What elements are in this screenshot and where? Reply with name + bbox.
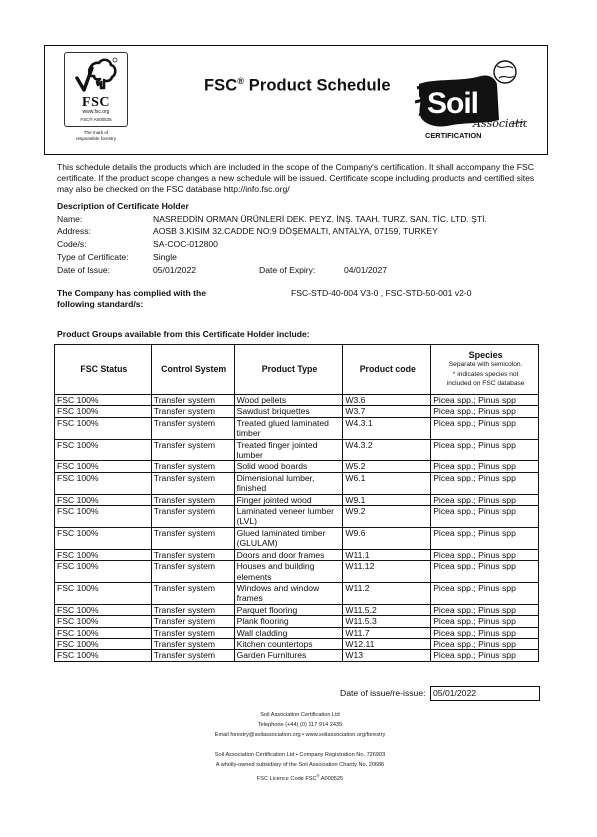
cell-fsc-status: FSC 100% <box>55 494 152 505</box>
cell-product-type: Treated glued laminated timber <box>234 417 343 439</box>
licence-code-value: A000525 <box>320 776 344 782</box>
cell-product-code: W11.5.3 <box>343 616 431 627</box>
cell-species: Picea spp.; Pinus spp <box>431 616 539 627</box>
table-row: FSC 100%Transfer systemTreated finger jo… <box>55 439 539 461</box>
table-row: FSC 100%Transfer systemLaminated veneer … <box>55 506 539 528</box>
title-fsc: FSC <box>204 77 237 95</box>
species-header-note-2: * indicates species not <box>433 370 538 380</box>
svg-text:CERTIFICATION: CERTIFICATION <box>425 131 482 140</box>
cell-control-system: Transfer system <box>151 582 234 604</box>
column-header-species: Species Separate with semicolon. * indic… <box>431 345 539 395</box>
cell-control-system: Transfer system <box>151 472 234 494</box>
cell-product-code: W11.7 <box>343 627 431 638</box>
footer-company: Soil Association Certification Ltd <box>150 710 450 721</box>
table-row: FSC 100%Transfer systemKitchen counterto… <box>55 638 539 649</box>
cell-control-system: Transfer system <box>151 527 234 549</box>
cell-product-code: W11.12 <box>343 561 431 583</box>
holder-heading: Description of Certificate Holder <box>57 201 189 212</box>
cell-control-system: Transfer system <box>151 638 234 649</box>
standards-label-line-2: following standard/s: <box>57 299 206 310</box>
footer-contact: Email forestry@soilassociation.org • www… <box>150 730 450 741</box>
header-box: FSC www.fsc.org FSC® A000525 The mark of… <box>44 45 548 155</box>
cell-fsc-status: FSC 100% <box>55 527 152 549</box>
cell-fsc-status: FSC 100% <box>55 439 152 461</box>
cell-fsc-status: FSC 100% <box>55 638 152 649</box>
svg-text:Association: Association <box>472 117 527 130</box>
address-label: Address: <box>57 226 91 237</box>
column-header-product-code: Product code <box>343 345 431 395</box>
column-header-product-type: Product Type <box>234 345 343 395</box>
cell-product-code: W11.2 <box>343 582 431 604</box>
fsc-logo-word: FSC <box>65 96 127 109</box>
svg-text:Soil: Soil <box>427 87 478 120</box>
cell-species: Picea spp.; Pinus spp <box>431 638 539 649</box>
footer-licence-code: FSC Licence Code FSC® A000525 <box>150 771 450 784</box>
expiry-date: 04/01/2027 <box>344 265 387 276</box>
cell-species: Picea spp.; Pinus spp <box>431 506 539 528</box>
cell-product-type: Laminated veneer lumber (LVL) <box>234 506 343 528</box>
cell-product-code: W3.7 <box>343 406 431 417</box>
cell-species: Picea spp.; Pinus spp <box>431 439 539 461</box>
cell-product-type: Sawdust briquettes <box>234 406 343 417</box>
product-groups-heading: Product Groups available from this Certi… <box>57 329 310 340</box>
cell-fsc-status: FSC 100% <box>55 549 152 560</box>
cell-product-type: Finger jointed wood <box>234 494 343 505</box>
cell-control-system: Transfer system <box>151 395 234 406</box>
footer-subsidiary: A wholly-owned subsidiary of the Soil As… <box>150 760 450 771</box>
cell-product-code: W13 <box>343 650 431 661</box>
table-row: FSC 100%Transfer systemHouses and buildi… <box>55 561 539 583</box>
cell-control-system: Transfer system <box>151 461 234 472</box>
table-row: FSC 100%Transfer systemParquet flooringW… <box>55 604 539 615</box>
fsc-logo: FSC www.fsc.org FSC® A000525 <box>64 52 128 127</box>
issue-date-label: Date of Issue: <box>57 265 110 276</box>
cell-product-code: W11.1 <box>343 549 431 560</box>
cell-species: Picea spp.; Pinus spp <box>431 549 539 560</box>
title-rest: Product Schedule <box>244 77 391 95</box>
table-row: FSC 100%Transfer systemWall claddingW11.… <box>55 627 539 638</box>
cell-fsc-status: FSC 100% <box>55 627 152 638</box>
cell-fsc-status: FSC 100% <box>55 616 152 627</box>
cell-control-system: Transfer system <box>151 406 234 417</box>
certificate-type: Single <box>153 252 177 263</box>
intro-paragraph: This schedule details the products which… <box>57 162 547 195</box>
species-header-title: Species <box>433 350 538 360</box>
type-label: Type of Certificate: <box>57 252 129 263</box>
cell-control-system: Transfer system <box>151 506 234 528</box>
codes-label: Code/s: <box>57 239 87 250</box>
product-groups-table: FSC Status Control System Product Type P… <box>54 344 539 662</box>
product-rows: FSC 100%Transfer systemWood pelletsW3.6P… <box>55 395 539 662</box>
cell-species: Picea spp.; Pinus spp <box>431 494 539 505</box>
cell-species: Picea spp.; Pinus spp <box>431 604 539 615</box>
cell-species: Picea spp.; Pinus spp <box>431 650 539 661</box>
cell-fsc-status: FSC 100% <box>55 561 152 583</box>
table-row: FSC 100%Transfer systemSolid wood boards… <box>55 461 539 472</box>
table-row: FSC 100%Transfer systemGarden Furnitures… <box>55 650 539 661</box>
cell-product-type: Wall cladding <box>234 627 343 638</box>
cell-fsc-status: FSC 100% <box>55 604 152 615</box>
holder-address: AOSB 3.KISIM 32.CADDE NO:9 DÖŞEMALTI, AN… <box>153 226 438 237</box>
cell-product-type: Dimensional lumber, finished <box>234 472 343 494</box>
reissue-date-field: 05/01/2022 <box>430 686 540 701</box>
cell-product-code: W4.3.2 <box>343 439 431 461</box>
table-row: FSC 100%Transfer systemGlued laminated t… <box>55 527 539 549</box>
soil-association-logo: Soil Association CERTIFICATION <box>415 58 527 142</box>
cell-control-system: Transfer system <box>151 439 234 461</box>
cell-product-code: W9.6 <box>343 527 431 549</box>
cell-species: Picea spp.; Pinus spp <box>431 417 539 439</box>
cell-product-code: W5.2 <box>343 461 431 472</box>
cell-product-type: Glued laminated timber (GLULAM) <box>234 527 343 549</box>
table-row: FSC 100%Transfer systemWindows and windo… <box>55 582 539 604</box>
expiry-date-label: Date of Expiry: <box>259 265 315 276</box>
table-header-row: FSC Status Control System Product Type P… <box>55 345 539 395</box>
cell-product-code: W9.1 <box>343 494 431 505</box>
cell-control-system: Transfer system <box>151 650 234 661</box>
cell-fsc-status: FSC 100% <box>55 472 152 494</box>
fsc-tagline-line-2: responsible forestry <box>55 136 137 142</box>
holder-name: NASREDDİN ORMAN ÜRÜNLERİ DEK. PEYZ. İNŞ.… <box>153 214 487 225</box>
cell-control-system: Transfer system <box>151 604 234 615</box>
fsc-logo-tagline: The mark of responsible forestry <box>55 130 137 142</box>
cell-fsc-status: FSC 100% <box>55 395 152 406</box>
standards-label: The Company has complied with the follow… <box>57 288 206 310</box>
cell-species: Picea spp.; Pinus spp <box>431 472 539 494</box>
cell-product-code: W11.5.2 <box>343 604 431 615</box>
cell-fsc-status: FSC 100% <box>55 650 152 661</box>
footer-registration: Soil Association Certification Ltd • Com… <box>150 750 450 761</box>
cell-product-code: W4.3.1 <box>343 417 431 439</box>
species-header-note-1: Separate with semicolon. <box>433 360 538 370</box>
cell-product-type: Treated finger jointed lumber <box>234 439 343 461</box>
cell-product-type: Plank flooring <box>234 616 343 627</box>
cell-product-type: Houses and building elements <box>234 561 343 583</box>
cell-species: Picea spp.; Pinus spp <box>431 461 539 472</box>
issue-date: 05/01/2022 <box>153 265 196 276</box>
cell-control-system: Transfer system <box>151 549 234 560</box>
cell-species: Picea spp.; Pinus spp <box>431 527 539 549</box>
table-row: FSC 100%Transfer systemDoors and door fr… <box>55 549 539 560</box>
cell-fsc-status: FSC 100% <box>55 582 152 604</box>
species-header-note-3: included on FSC database <box>433 379 538 389</box>
page-title: FSC® Product Schedule <box>204 76 391 96</box>
holder-codes: SA-COC-012800 <box>153 239 218 250</box>
table-row: FSC 100%Transfer systemDimensional lumbe… <box>55 472 539 494</box>
cell-fsc-status: FSC 100% <box>55 461 152 472</box>
fsc-logo-code: FSC® A000525 <box>65 116 127 123</box>
cell-fsc-status: FSC 100% <box>55 417 152 439</box>
cell-product-code: W3.6 <box>343 395 431 406</box>
cell-fsc-status: FSC 100% <box>55 406 152 417</box>
cell-species: Picea spp.; Pinus spp <box>431 406 539 417</box>
cell-product-type: Wood pellets <box>234 395 343 406</box>
licence-code-prefix: FSC Licence Code FSC <box>257 776 317 782</box>
standards-value: FSC-STD-40-004 V3-0 , FSC-STD-50-001 v2-… <box>291 288 472 299</box>
name-label: Name: <box>57 214 82 225</box>
footer-telephone: Telephone (+44) (0) 117 914 2435 <box>150 720 450 731</box>
table-row: FSC 100%Transfer systemFinger jointed wo… <box>55 494 539 505</box>
standards-label-line-1: The Company has complied with the <box>57 288 206 299</box>
fsc-tree-checkmark-icon <box>73 56 119 96</box>
table-row: FSC 100%Transfer systemPlank flooringW11… <box>55 616 539 627</box>
cell-species: Picea spp.; Pinus spp <box>431 395 539 406</box>
table-row: FSC 100%Transfer systemSawdust briquette… <box>55 406 539 417</box>
cell-product-code: W6.1 <box>343 472 431 494</box>
cell-control-system: Transfer system <box>151 616 234 627</box>
table-row: FSC 100%Transfer systemTreated glued lam… <box>55 417 539 439</box>
cell-product-type: Solid wood boards <box>234 461 343 472</box>
cell-fsc-status: FSC 100% <box>55 506 152 528</box>
table-row: FSC 100%Transfer systemWood pelletsW3.6P… <box>55 395 539 406</box>
cell-product-code: W12.11 <box>343 638 431 649</box>
cell-product-type: Garden Furnitures <box>234 650 343 661</box>
column-header-fsc-status: FSC Status <box>55 345 152 395</box>
cell-control-system: Transfer system <box>151 417 234 439</box>
cell-product-type: Kitchen countertops <box>234 638 343 649</box>
cell-product-type: Parquet flooring <box>234 604 343 615</box>
reissue-date-label: Date of issue/re-issue: <box>340 688 426 698</box>
cell-control-system: Transfer system <box>151 627 234 638</box>
cell-control-system: Transfer system <box>151 494 234 505</box>
column-header-control-system: Control System <box>151 345 234 395</box>
cell-control-system: Transfer system <box>151 561 234 583</box>
fsc-logo-url: www.fsc.org <box>65 109 127 116</box>
cell-product-code: W9.2 <box>343 506 431 528</box>
cell-species: Picea spp.; Pinus spp <box>431 582 539 604</box>
cell-product-type: Windows and window frames <box>234 582 343 604</box>
cell-species: Picea spp.; Pinus spp <box>431 561 539 583</box>
cell-species: Picea spp.; Pinus spp <box>431 627 539 638</box>
cell-product-type: Doors and door frames <box>234 549 343 560</box>
